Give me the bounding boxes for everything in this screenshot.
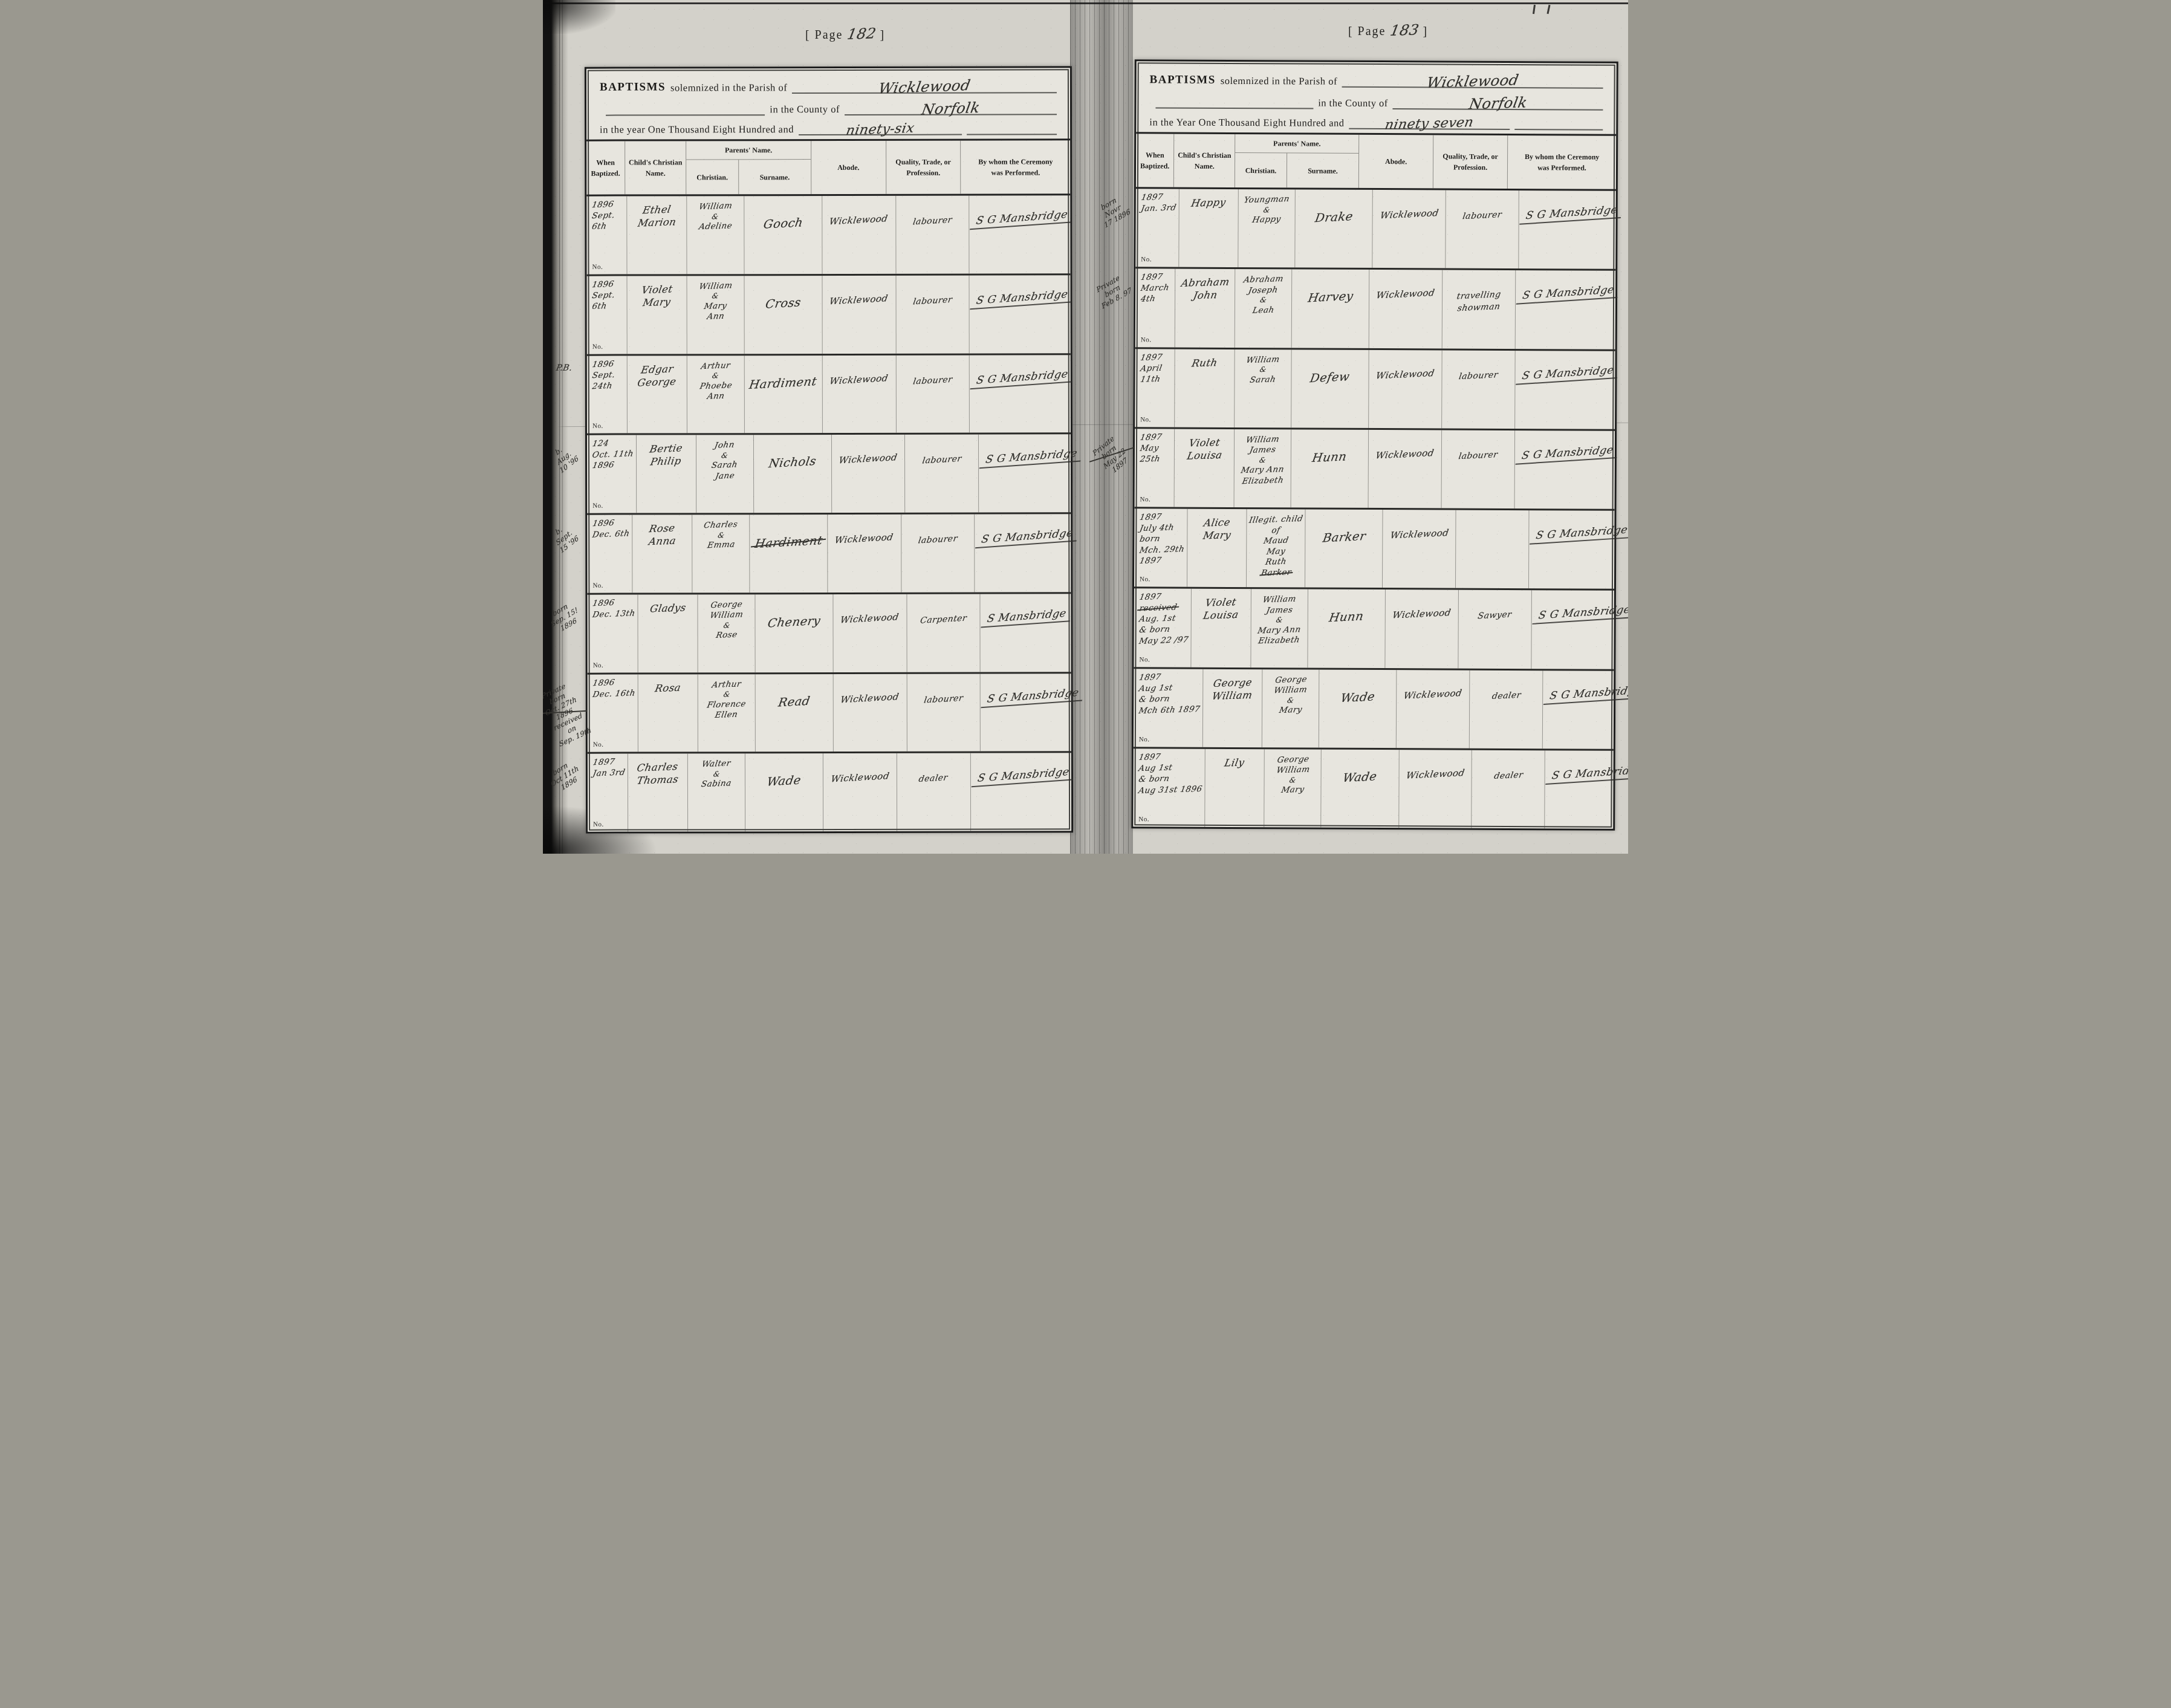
handwritten-text: 1896 — [592, 677, 615, 687]
minister-cell: S G Mansbridge — [979, 435, 1083, 513]
title-baptisms: BAPTISMS — [600, 80, 666, 94]
handwritten-text: Leah — [1251, 305, 1275, 317]
baptism-row: 1897Aug 1st& bornAug 31st 1896No.LilyGeo… — [1133, 748, 1614, 829]
no-printed-label: No. — [1140, 496, 1151, 503]
header-abode: Abode. — [1359, 135, 1433, 189]
handwritten-text: William — [1212, 689, 1254, 701]
handwritten-text: Aug 1st — [1138, 683, 1173, 693]
handwritten-text: Cross — [764, 295, 802, 311]
handwritten-text: & — [1275, 615, 1283, 625]
page-number-handwritten: 183 — [1389, 21, 1420, 39]
handwritten-text: labourer — [912, 294, 953, 308]
handwritten-text: Mary — [1202, 529, 1232, 541]
abode-cell: Wicklewood — [822, 196, 896, 274]
handwritten-text: & — [712, 291, 720, 301]
minister-cell: S G Mansbridge — [970, 195, 1074, 273]
quality-cell: labourer — [896, 355, 970, 433]
handwritten-text: S G Mansbridge — [981, 686, 1085, 708]
handwritten-text: Aug. 1st — [1138, 614, 1176, 625]
handwritten-text: Mary — [1278, 705, 1303, 716]
baptism-row: bornSep. 15!18961896Dec. 13thNo.GladysGe… — [587, 594, 1071, 674]
handwritten-text: 1897 — [1138, 592, 1162, 602]
abode-cell: Wicklewood — [1399, 750, 1473, 828]
handwritten-text: & — [1258, 456, 1267, 466]
when-baptized-cell: 1897July 4thbornMch. 29th1897No. — [1134, 508, 1187, 587]
abode-cell: Wicklewood — [823, 753, 897, 831]
parents-christian-cell: John&SarahJane — [696, 435, 754, 513]
register-page-183: BAPTISMS solemnized in the Parish of Wic… — [1131, 59, 1618, 830]
baptism-row: PrivatebornFeb 8. 971897March4thNo.Abrah… — [1135, 269, 1616, 351]
child-name-cell: Gladys — [638, 594, 698, 672]
baptism-register-scan: [ Page 182 ] [ Page 183 ] BAPTISMS solem… — [543, 0, 1628, 854]
child-name-cell: Rosa — [638, 674, 699, 752]
parents-surname-cell: Barker — [1305, 510, 1383, 588]
no-printed-label: No. — [1139, 736, 1150, 743]
handwritten-text: Wicklewood — [1392, 607, 1452, 621]
handwritten-text: Arthur — [711, 679, 742, 690]
handwritten-text: John — [1192, 289, 1218, 301]
baptism-row: 1897receivedAug. 1st& bornMay 22 /97No.V… — [1134, 589, 1614, 671]
parents-christian-cell: Charles&Emma — [692, 515, 750, 593]
no-printed-label: No. — [592, 502, 603, 510]
when-baptized-cell: 1896Sept.6thNo. — [586, 276, 627, 354]
handwritten-text: Walter — [701, 759, 732, 770]
handwritten-text: labourer — [912, 374, 953, 387]
handwritten-text: Sarah — [1249, 374, 1277, 386]
no-printed-label: No. — [593, 741, 604, 748]
handwritten-text: July 4th — [1139, 523, 1175, 534]
abode-cell: Wicklewood — [831, 435, 905, 513]
handwritten-text: & — [1259, 365, 1267, 375]
handwritten-text: received — [1138, 603, 1178, 614]
when-baptized-cell: 1896Sept.24thNo. — [587, 356, 628, 433]
header-quality-trade: Quality, Trade, or Profession. — [886, 141, 961, 194]
handwritten-text: Rose — [648, 522, 676, 535]
minister-cell: S G Mansbridge — [1531, 590, 1628, 669]
handwritten-text: Arthur — [700, 360, 731, 372]
handwritten-text: Chenery — [767, 614, 822, 631]
header-parent-surname: Surname. — [739, 160, 811, 194]
title-parish-line: solemnized in the Parish of — [1221, 75, 1337, 88]
when-baptized-cell: 1897receivedAug. 1st& bornMay 22 /97No. — [1134, 589, 1192, 667]
handwritten-text: Hunn — [1311, 449, 1348, 465]
abode-cell: Wicklewood — [822, 276, 896, 354]
scan-mark — [1533, 5, 1536, 14]
page-label-suffix: ] — [880, 28, 885, 42]
header-when-baptized-label: When Baptized. — [1139, 149, 1171, 171]
handwritten-text: Adeline — [698, 221, 733, 233]
handwritten-text: Ann — [706, 391, 725, 403]
scan-top-edge — [543, 2, 1628, 4]
abode-cell: Wicklewood — [1383, 510, 1456, 588]
when-baptized-cell: 1896Dec. 16thNo. — [588, 674, 638, 752]
handwritten-text: S Mansbridge — [981, 607, 1073, 628]
baptism-row: b.Sept.15 '961896Dec. 6thNo.RoseAnnaChar… — [587, 514, 1071, 594]
baptism-row: 1896Sept.6thNo.EthelMarionWilliam&Adelin… — [586, 195, 1070, 276]
handwritten-text: S G Mansbridge — [979, 447, 1083, 469]
handwritten-text: 124 — [591, 438, 609, 449]
handwritten-text: dealer — [1493, 770, 1524, 782]
handwritten-text: S G Mansbridge — [970, 288, 1074, 310]
handwritten-text: 1897 — [1140, 192, 1164, 203]
handwritten-text: & — [1259, 296, 1268, 305]
minister-cell: S G Mansbridge — [981, 674, 1085, 752]
handwritten-text: Barker — [1322, 529, 1367, 545]
handwritten-text: Youngman — [1243, 194, 1290, 206]
header-quality-trade: Quality, Trade, or Profession. — [1433, 135, 1508, 189]
handwritten-text: S G Mansbridge — [1543, 684, 1628, 705]
handwritten-text: & — [722, 621, 731, 631]
minister-cell: S G Mansbridge — [1543, 671, 1628, 749]
handwritten-text: Illegit. child — [1248, 514, 1304, 526]
parents-christian-cell: GeorgeWilliam&Mary — [1265, 749, 1322, 828]
parents-surname-cell: Drake — [1296, 189, 1374, 268]
handwritten-text: travelling — [1456, 289, 1502, 302]
title-parish-line: solemnized in the Parish of — [670, 82, 787, 94]
margin-note: P.B. — [544, 363, 584, 373]
table-header-row: When Baptized.Child's Christian Name.Par… — [1136, 134, 1616, 190]
handwritten-text: S G Mansbridge — [975, 527, 1079, 549]
handwritten-text: Wicklewood — [1403, 687, 1464, 701]
handwritten-text: Wicklewood — [829, 293, 889, 307]
handwritten-text: George — [1274, 674, 1308, 686]
parents-christian-cell: Arthur&PhoebeAnn — [687, 356, 745, 433]
handwritten-text: 1896 — [592, 598, 615, 608]
baptism-table: When Baptized.Child's Christian Name.Par… — [1133, 134, 1616, 828]
handwritten-text: & — [1263, 206, 1271, 215]
year-handwritten: ninety seven — [1384, 115, 1475, 132]
child-name-cell: AbrahamJohn — [1175, 269, 1235, 348]
handwritten-text: Wicklewood — [1379, 207, 1439, 221]
when-baptized-cell: 1896Dec. 13thNo. — [587, 594, 638, 672]
child-name-cell: CharlesThomas — [628, 754, 689, 832]
handwritten-text: Violet — [1204, 596, 1238, 609]
no-printed-label: No. — [592, 263, 603, 270]
header-when-baptized-label: When Baptized. — [589, 157, 621, 179]
no-printed-label: No. — [592, 423, 603, 430]
handwritten-text: labourer — [1458, 449, 1499, 462]
handwritten-text: Wicklewood — [1405, 767, 1465, 781]
handwritten-text: Ruth — [1191, 357, 1219, 369]
handwritten-text: Mary — [703, 301, 728, 313]
handwritten-text: 1897 — [1140, 352, 1163, 362]
parents-christian-cell: Youngman&Happy — [1239, 189, 1296, 268]
header-parents-subrow: Christian.Surname. — [686, 160, 811, 194]
handwritten-text: John — [714, 440, 736, 452]
handwritten-text: Philip — [650, 455, 683, 468]
table-header-row: When Baptized.Child's Christian Name.Par… — [586, 140, 1070, 196]
title-baptisms: BAPTISMS — [1150, 73, 1216, 86]
handwritten-text: S G Mansbridge — [970, 209, 1074, 230]
handwritten-text: William — [698, 201, 733, 213]
handwritten-text: Abraham — [1242, 274, 1284, 286]
child-name-cell: AliceMary — [1187, 509, 1247, 588]
handwritten-text: & — [711, 212, 719, 222]
baptism-row: bornNovr17 18961897Jan. 3rdNo.HappyYoung… — [1135, 189, 1616, 271]
header-quality-trade-label: Quality, Trade, or Profession. — [1436, 151, 1504, 172]
handwritten-text: May — [1265, 546, 1286, 557]
handwritten-text: & — [722, 690, 731, 700]
minister-cell: S G Mansbridge — [970, 753, 1075, 831]
handwritten-text: William — [1276, 765, 1311, 776]
handwritten-text: Jane — [714, 471, 735, 482]
child-name-cell: VioletLouisa — [1175, 429, 1235, 507]
handwritten-text: Hunn — [1328, 609, 1365, 625]
header-when-baptized: When Baptized. — [586, 141, 625, 195]
header-parents-name: Parents' Name.Christian.Surname. — [1235, 134, 1359, 188]
handwritten-text: William — [1245, 434, 1280, 446]
page-label-prefix: [ Page — [1348, 25, 1386, 38]
handwritten-text: Charles — [703, 519, 739, 531]
handwritten-text: Dec. 6th — [592, 529, 631, 540]
handwritten-text: Ann — [706, 311, 725, 323]
handwritten-text: Anna — [647, 535, 677, 548]
baptism-row: PrivatebornMay 2218971897May25thNo.Viole… — [1135, 429, 1615, 511]
parents-christian-cell: Arthur&FlorenceEllen — [698, 674, 756, 752]
handwritten-text: Emma — [706, 540, 735, 551]
handwritten-text: Wicklewood — [840, 611, 900, 625]
ruled-line — [1155, 107, 1313, 109]
handwritten-text: James — [1265, 605, 1294, 616]
child-name-cell: RoseAnna — [632, 515, 693, 593]
handwritten-text: 1897 — [1139, 512, 1163, 522]
baptism-row: PrivatebornOct. 27th1896receivedonSep. 1… — [588, 674, 1071, 754]
baptism-row: 1897July 4thbornMch. 29th1897No.AliceMar… — [1134, 508, 1615, 591]
handwritten-text: Marion — [637, 216, 677, 229]
handwritten-text: Wade — [766, 773, 802, 789]
parents-surname-cell: Hardiment — [745, 356, 823, 433]
handwritten-text: & born — [1138, 625, 1171, 635]
baptism-row: bornOct 11th18961897Jan 3rdNo.CharlesTho… — [588, 753, 1071, 832]
handwritten-text: Ellen — [715, 710, 739, 721]
abode-cell: Wicklewood — [1369, 430, 1442, 508]
handwritten-text: Hardiment — [748, 374, 818, 392]
handwritten-text: 1897 — [1139, 432, 1163, 443]
quality-cell: dealer — [1472, 750, 1546, 828]
county-name-handwritten: Norfolk — [1467, 94, 1528, 112]
year-handwritten: ninety-six — [845, 121, 916, 138]
when-baptized-cell: 1897March4thNo. — [1135, 269, 1176, 348]
quality-cell: labourer — [901, 515, 975, 593]
handwritten-text: Read — [777, 693, 811, 709]
minister-cell: S Mansbridge — [981, 594, 1073, 672]
handwritten-text: Maud — [1262, 536, 1289, 547]
when-baptized-cell: 1897May25thNo. — [1135, 429, 1175, 507]
handwritten-text: Louisa — [1202, 609, 1239, 622]
quality-cell: Sawyer — [1458, 590, 1532, 669]
handwritten-text: labourer — [921, 453, 962, 467]
handwritten-text: Happy — [1190, 196, 1227, 209]
title-year-line: in the year One Thousand Eight Hundred a… — [600, 123, 794, 136]
abode-cell: Wicklewood — [1369, 349, 1442, 428]
handwritten-text: 25th — [1139, 454, 1161, 464]
handwritten-text: Sabina — [701, 779, 733, 790]
parents-christian-cell: GeorgeWilliam&Mary — [1262, 669, 1320, 748]
parents-christian-cell: William&Adeline — [687, 196, 744, 274]
handwritten-text: Wicklewood — [1375, 367, 1436, 381]
handwritten-text: dealer — [1491, 689, 1522, 701]
handwritten-text: of — [1271, 525, 1281, 536]
abode-cell: Wicklewood — [1369, 270, 1443, 348]
quality-cell: labourer — [907, 674, 981, 752]
handwritten-text: Rose — [715, 630, 738, 641]
handwritten-text: Wicklewood — [1375, 287, 1436, 301]
handwritten-text: Rosa — [654, 681, 682, 694]
quality-cell: Carpenter — [907, 594, 981, 672]
no-printed-label: No. — [1141, 336, 1152, 343]
handwritten-text: James — [1248, 445, 1277, 456]
handwritten-text: S G Mansbridge — [1516, 444, 1620, 465]
minister-cell: S G Mansbridge — [970, 275, 1074, 353]
handwritten-text: Wicklewood — [1375, 447, 1435, 461]
handwritten-text: 6th — [591, 301, 608, 311]
parents-surname-cell: Wade — [1319, 669, 1397, 748]
when-baptized-cell: 1896Sept.6thNo. — [586, 196, 627, 274]
handwritten-text: Hardiment — [753, 533, 823, 551]
header-by-whom: By whom the Ceremony was Performed. — [1508, 135, 1616, 189]
handwritten-text: Mary — [1280, 785, 1305, 796]
handwritten-text: Florence — [706, 699, 747, 711]
handwritten-text: Violet — [1188, 437, 1221, 449]
header-parents-group-label: Parents' Name. — [686, 141, 811, 160]
handwritten-text: & born — [1138, 773, 1170, 784]
handwritten-text: Gladys — [649, 602, 687, 614]
handwritten-text: S G Mansbridge — [971, 766, 1075, 788]
no-printed-label: No. — [593, 661, 604, 669]
header-when-baptized: When Baptized. — [1136, 134, 1175, 187]
handwritten-text: Aug 31st 1896 — [1138, 784, 1203, 796]
handwritten-text: Joseph — [1248, 285, 1279, 296]
no-printed-label: No. — [1140, 576, 1150, 583]
minister-cell: S G Mansbridge — [1515, 351, 1620, 429]
handwritten-text: Elizabeth — [1241, 475, 1284, 487]
handwritten-text: Mch 6th 1897 — [1138, 704, 1201, 715]
handwritten-text: Dec. 16th — [592, 688, 636, 700]
handwritten-text: S G Mansbridge — [1532, 603, 1628, 625]
handwritten-text: Sept. — [591, 369, 616, 380]
scan-mark — [1546, 5, 1550, 14]
parents-surname-cell: Hardiment — [750, 515, 828, 593]
handwritten-text: 1897 — [1139, 556, 1163, 566]
child-name-cell: Happy — [1179, 189, 1239, 268]
handwritten-text: & born — [1138, 693, 1171, 704]
header-by-whom-label: By whom the Ceremony was Performed. — [978, 156, 1053, 178]
parents-christian-cell: GeorgeWilliam&Rose — [698, 594, 756, 672]
title-county-line: in the County of — [770, 103, 840, 115]
handwritten-text: Charles — [637, 761, 680, 774]
no-printed-label: No. — [592, 343, 603, 350]
parish-name-handwritten: Wicklewood — [1425, 71, 1520, 91]
ruled-line — [967, 134, 1057, 135]
handwritten-text: & — [1289, 776, 1297, 785]
header-parent-christian: Christian. — [1235, 153, 1287, 187]
parents-christian-cell: AbrahamJoseph&Leah — [1235, 269, 1293, 348]
page-number-handwritten: 182 — [846, 25, 877, 43]
handwritten-text: Violet — [640, 283, 673, 296]
baptism-row: 1896Sept.6thNo.VioletMaryWilliam&MaryAnn… — [586, 275, 1070, 356]
parents-surname-cell: Hunn — [1291, 429, 1369, 508]
minister-cell: S G Mansbridge — [1529, 510, 1628, 589]
handwritten-text: dealer — [918, 773, 949, 785]
abode-cell: Wicklewood — [833, 674, 907, 752]
handwritten-text: 6th — [591, 221, 608, 232]
handwritten-text: Sarah — [711, 460, 739, 472]
handwritten-text: Wade — [1340, 689, 1376, 705]
minister-cell: S G Mansbridge — [1519, 190, 1624, 269]
handwritten-text: Carpenter — [920, 612, 968, 626]
abode-cell: Wicklewood — [828, 515, 901, 593]
handwritten-text: labourer — [1458, 369, 1499, 382]
handwritten-text: Edgar — [640, 363, 674, 375]
header-childs-name: Child's Christian Name. — [625, 141, 687, 194]
handwritten-text: S G Mansbridge — [1546, 764, 1628, 785]
header-parents-subrow: Christian.Surname. — [1235, 153, 1358, 188]
quality-cell: labourer — [896, 196, 970, 274]
parish-name-handwritten: Wicklewood — [877, 77, 972, 97]
handwritten-text: Aug 1st — [1138, 762, 1173, 773]
handwritten-text: Dec. 13th — [592, 608, 636, 620]
handwritten-text: & — [712, 371, 720, 381]
header-quality-trade-label: Quality, Trade, or Profession. — [889, 157, 958, 178]
quality-cell: labourer — [905, 435, 979, 513]
handwritten-text: William — [1273, 685, 1308, 697]
handwritten-text: Phoebe — [699, 380, 733, 392]
page-number-label-right: [ Page 183 ] — [1348, 22, 1428, 39]
handwritten-text: Barker — [1260, 567, 1292, 579]
when-baptized-cell: 1897Jan 3rdNo. — [588, 754, 628, 832]
header-parent-surname: Surname. — [1287, 153, 1358, 188]
handwritten-text: & — [721, 451, 729, 461]
quality-cell: labourer — [1446, 190, 1520, 269]
minister-cell: S G Mansbridge — [1545, 750, 1628, 829]
handwritten-text: May 22 /97 — [1138, 635, 1189, 646]
handwritten-text: Wicklewood — [829, 213, 889, 227]
handwritten-text: 24th — [591, 381, 613, 391]
handwritten-text: William — [1245, 354, 1280, 366]
baptism-row: 1897April11thNo.RuthWilliam&SarahDefewWi… — [1135, 349, 1615, 431]
child-name-cell: GeorgeWilliam — [1202, 669, 1262, 747]
handwritten-text: Wicklewood — [834, 531, 894, 545]
handwritten-text: Harvey — [1306, 289, 1354, 305]
handwritten-text: Wicklewood — [1389, 527, 1450, 541]
parents-surname-cell: Hunn — [1308, 589, 1386, 668]
quality-cell: labourer — [1442, 350, 1516, 429]
abode-cell: Wicklewood — [823, 355, 897, 433]
handwritten-text: March — [1140, 283, 1170, 293]
baptism-row: b.Aug.10 '96124Oct. 11th1896No.BertiePhi… — [587, 435, 1071, 515]
child-name-cell: VioletLouisa — [1191, 589, 1251, 667]
quality-cell: dealer — [1470, 670, 1543, 748]
handwritten-text: William — [1262, 594, 1297, 606]
when-baptized-cell: 1897Aug 1st& bornMch 6th 1897No. — [1134, 669, 1203, 747]
parents-surname-cell: Nichols — [753, 435, 831, 513]
quality-cell: labourer — [896, 275, 970, 353]
baptism-row: P.B.1896Sept.24thNo.EdgarGeorgeArthur&Ph… — [587, 355, 1071, 435]
handwritten-text: & — [712, 770, 721, 779]
quality-cell: labourer — [1442, 430, 1516, 508]
handwritten-text: P.B. — [555, 363, 573, 373]
header-childs-name-label: Child's Christian Name. — [1177, 150, 1232, 172]
handwritten-text: 1897 — [1138, 752, 1161, 762]
handwritten-text: Sept. — [591, 210, 616, 221]
handwritten-text: 1897 — [592, 757, 615, 767]
title-year-line: in the Year One Thousand Eight Hundred a… — [1149, 116, 1344, 129]
child-name-cell: Ruth — [1175, 349, 1235, 427]
parents-surname-cell: Harvey — [1292, 270, 1370, 348]
handwritten-text: May — [1139, 443, 1160, 453]
when-baptized-cell: 1897April11thNo. — [1135, 349, 1175, 427]
handwritten-text: Mary — [642, 296, 672, 308]
